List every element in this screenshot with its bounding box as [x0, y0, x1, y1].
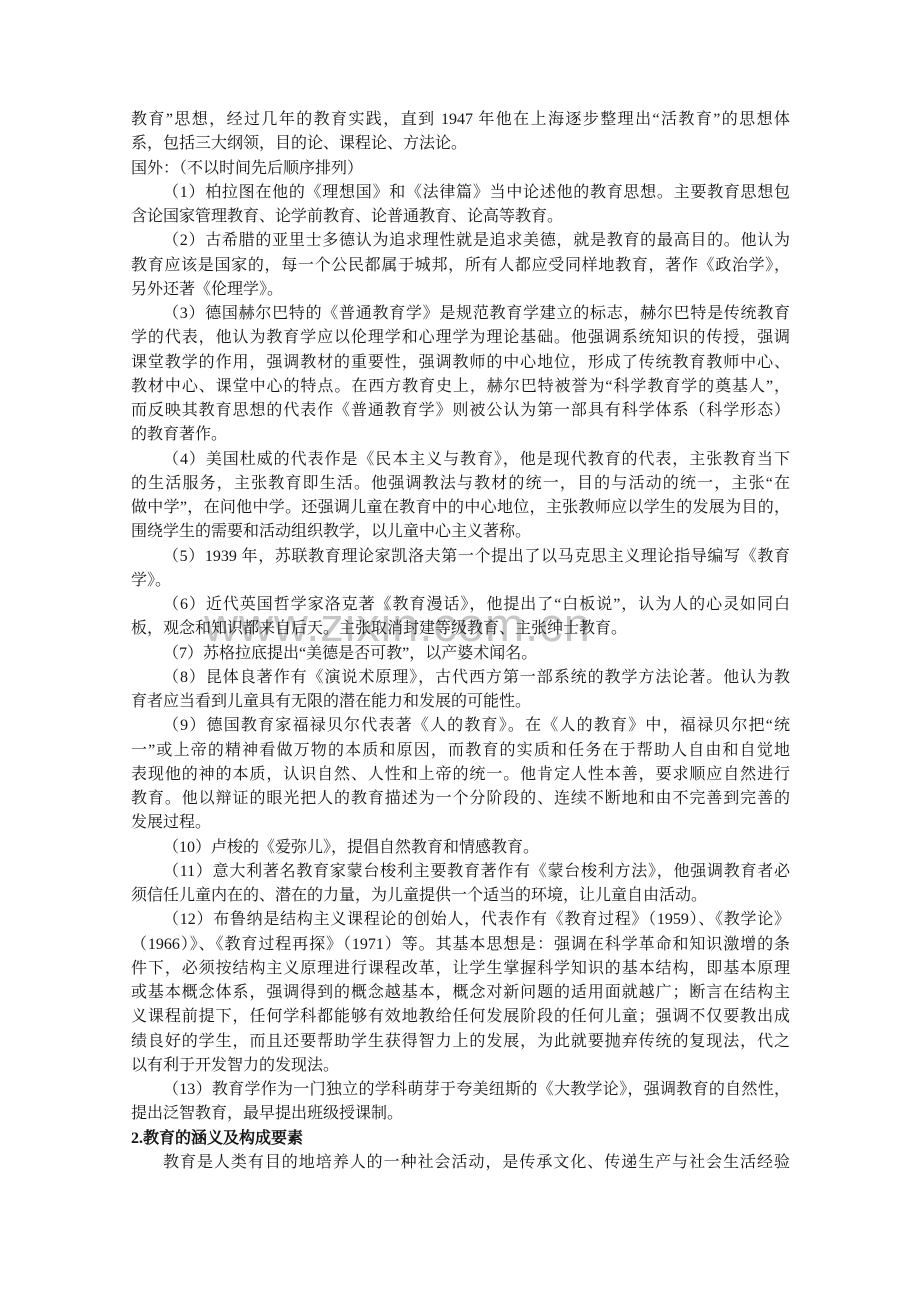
text-line: （10）卢梭的《爱弥儿》，提倡自然教育和情感教育。: [131, 836, 790, 860]
text-line: 课堂教学的作用，强调教材的重要性，强调教师的中心地位，形成了传统教育教师中心、: [131, 351, 790, 375]
text-line: （12）布鲁纳是结构主义课程论的创始人，代表作有《教育过程》（1959）、《教学…: [131, 908, 790, 932]
text-line: （13）教育学作为一门独立的学科萌芽于夸美纽斯的《大教学论》，强调教育的自然性，: [131, 1078, 790, 1102]
text-line: 教育是人类有目的地培养人的一种社会活动，是传承文化、传递生产与社会生活经验: [131, 1151, 790, 1175]
text-line: 围绕学生的需要和活动组织教学，以儿童中心主义著称。: [131, 520, 790, 544]
text-line: 教育。他以辩证的眼光把人的教育描述为一个分阶段的、连续不断地和由不完善到完善的: [131, 787, 790, 811]
text-line: （11）意大利著名教育家蒙台梭利主要教育著作有《蒙台梭利方法》，他强调教育者必: [131, 860, 790, 884]
text-line: 含论国家管理教育、论学前教育、论普通教育、论高等教育。: [131, 205, 790, 229]
text-line: 件下，必须按结构主义原理进行课程改革，让学生掌握科学知识的基本结构，即基本原理: [131, 957, 790, 981]
text-line: 学》。: [131, 569, 790, 593]
text-line: 提出泛智教育，最早提出班级授课制。: [131, 1102, 790, 1126]
text-line: 教育”思想，经过几年的教育实践，直到 1947 年他在上海逐步整理出“活教育”的…: [131, 108, 790, 132]
text-line: 育者应当看到儿童具有无限的潜在能力和发展的可能性。: [131, 690, 790, 714]
text-line: 须信任儿童内在的、潜在的力量，为儿童提供一个适当的环境，让儿童自由活动。: [131, 884, 790, 908]
text-line: 的生活服务，主张教育即生活。他强调教法与教材的统一，目的与活动的统一，主张“在: [131, 472, 790, 496]
text-line: （1）柏拉图在他的《理想国》和《法律篇》当中论述他的教育思想。主要教育思想包: [131, 181, 790, 205]
text-line: （5）1939 年，苏联教育理论家凯洛夫第一个提出了以马克思主义理论指导编写《教…: [131, 545, 790, 569]
text-line: 系，包括三大纲领，目的论、课程论、方法论。: [131, 132, 790, 156]
text-line: （9）德国教育家福禄贝尔代表著《人的教育》。在《人的教育》中，福禄贝尔把“统: [131, 714, 790, 738]
text-line: 做中学”，在问他中学。还强调儿童在教育中的中心地位，主张教师应以学生的发展为目的…: [131, 496, 790, 520]
text-line: 发展过程。: [131, 811, 790, 835]
text-line: 教材中心、课堂中心的特点。在西方教育史上，赫尔巴特被誉为“科学教育学的奠基人”，: [131, 375, 790, 399]
text-line: 一”或上帝的精神看做万物的本质和原因，而教育的实质和任务在于帮助人自由和自觉地: [131, 739, 790, 763]
document-page: www.zixin.com.cn 教育”思想，经过几年的教育实践，直到 1947…: [0, 0, 920, 1302]
text-line: 2.教育的涵义及构成要素: [131, 1127, 790, 1151]
text-line: （6）近代英国哲学家洛克著《教育漫话》，他提出了“白板说”，认为人的心灵如同白: [131, 593, 790, 617]
text-line: 而反映其教育思想的代表作《普通教育学》则被公认为第一部具有科学体系（科学形态）: [131, 399, 790, 423]
text-line: 绩良好的学生，而且还要帮助学生获得智力上的发展，为此就要抛弃传统的复现法，代之: [131, 1030, 790, 1054]
text-line: 国外：（不以时间先后顺序排列）: [131, 157, 790, 181]
text-line: 或基本概念体系，强调得到的概念越基本，概念对新问题的适用面就越广；断言在结构主: [131, 981, 790, 1005]
text-line: 另外还著《伦理学》。: [131, 278, 790, 302]
text-line: 板，观念和知识都来自后天。主张取消封建等级教育、主张绅士教育。: [131, 617, 790, 641]
text-line: （4）美国杜威的代表作是《民本主义与教育》，他是现代教育的代表，主张教育当下: [131, 448, 790, 472]
text-line: 义课程前提下，任何学科都能够有效地教给任何发展阶段的任何儿童；强调不仅要教出成: [131, 1005, 790, 1029]
text-line: （1966）》、《教育过程再探》（1971）等。其基本思想是：强调在科学革命和知…: [131, 933, 790, 957]
text-line: （7）苏格拉底提出“美德是否可教”，以产婆术闻名。: [131, 642, 790, 666]
text-line: 教育应该是国家的，每一个公民都属于城邦，所有人都应受同样地教育，著作《政治学》，: [131, 254, 790, 278]
text-line: （8）昆体良著作有《演说术原理》，古代西方第一部系统的教学方法论著。他认为教: [131, 666, 790, 690]
text-line: 学的代表，他认为教育学应以伦理学和心理学为理论基础。他强调系统知识的传授，强调: [131, 326, 790, 350]
text-line: 表现他的神的本质，认识自然、人性和上帝的统一。他肯定人性本善，要求顺应自然进行: [131, 763, 790, 787]
text-line: 以有利于开发智力的发现法。: [131, 1054, 790, 1078]
text-line: （2）古希腊的亚里士多德认为追求理性就是追求美德，就是教育的最高目的。他认为: [131, 229, 790, 253]
text-line: 的教育著作。: [131, 423, 790, 447]
text-line: （3）德国赫尔巴特的《普通教育学》是规范教育学建立的标志，赫尔巴特是传统教育: [131, 302, 790, 326]
document-body: 教育”思想，经过几年的教育实践，直到 1947 年他在上海逐步整理出“活教育”的…: [131, 108, 790, 1175]
